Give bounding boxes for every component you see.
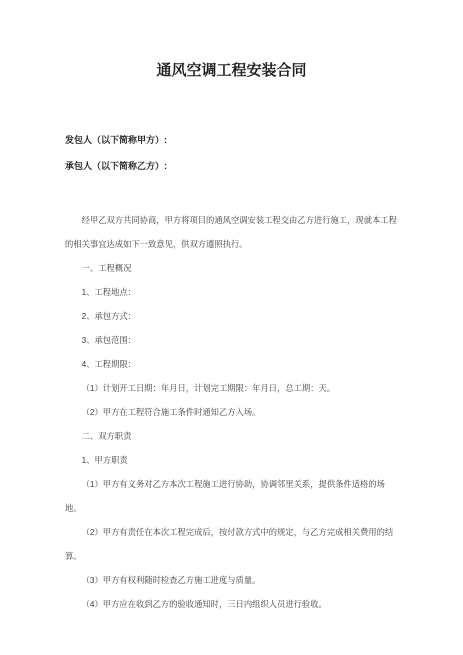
- clause-section-1-heading: 一、工程概况: [65, 256, 399, 280]
- clause-party-a-duty-4: （4）甲方应在收到乙方的验收通知时，三日内组织人员进行验收。: [65, 592, 399, 616]
- contract-body: 经甲乙双方共同协商，甲方将项目的通风空调安装工程交由乙方进行施工，现就本工程的相…: [65, 208, 399, 616]
- contract-title: 通风空调工程安装合同: [0, 60, 463, 82]
- party-b-line: 承包人（以下简称乙方）:: [65, 154, 399, 178]
- clause-section-2-heading: 二、双方职责: [65, 424, 399, 448]
- intro-paragraph: 经甲乙双方共同协商，甲方将项目的通风空调安装工程交由乙方进行施工，现就本工程的相…: [65, 208, 399, 256]
- clause-party-a-duty-1: （1）甲方有义务对乙方本次工程施工进行协助，协调邻里关系，提供条件适格的场地。: [65, 472, 399, 520]
- parties-block: 发包人（以下简称甲方）: 承包人（以下简称乙方）:: [65, 128, 399, 178]
- clause-duration-item-2: （2）甲方在工程符合施工条件时通知乙方入场。: [65, 400, 399, 424]
- clause-party-a-duties-heading: 1、甲方职责: [65, 448, 399, 472]
- clause-duration-item-1: （1）计划开工日期：年月日，计划完工期限：年月日，总工期：天。: [65, 376, 399, 400]
- party-a-line: 发包人（以下简称甲方）:: [65, 128, 399, 152]
- clause-project-duration: 4、工程期限：: [65, 352, 399, 376]
- document-page: 通风空调工程安装合同 发包人（以下简称甲方）: 承包人（以下简称乙方）: 经甲乙…: [0, 0, 463, 655]
- clause-party-a-duty-3: （3）甲方有权利随时检查乙方施工进度与质量。: [65, 568, 399, 592]
- clause-contract-scope: 3、承包范围：: [65, 328, 399, 352]
- clause-contract-method: 2、承包方式：: [65, 304, 399, 328]
- clause-project-location: 1、工程地点：: [65, 280, 399, 304]
- clause-party-a-duty-2: （2）甲方有责任在本次工程完成后，按付款方式中的规定，与乙方完成相关费用的结算。: [65, 520, 399, 568]
